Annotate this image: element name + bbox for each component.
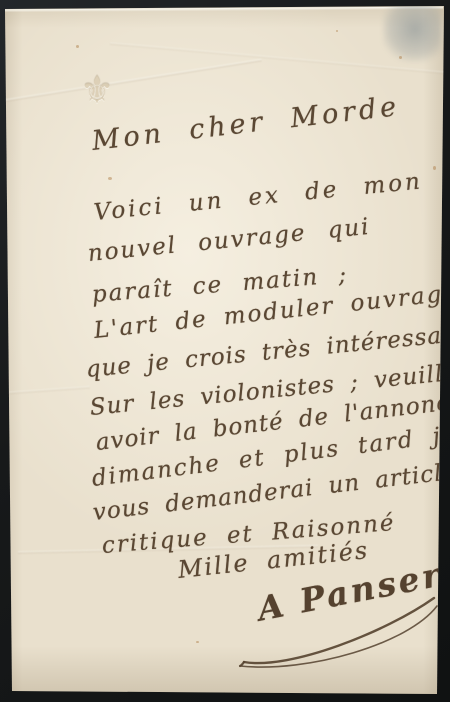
signature-flourish (238, 592, 444, 672)
letter-greeting: Mon cher Morde (90, 91, 401, 157)
paper-top-edge (5, 7, 443, 13)
ink-stain (383, 2, 441, 62)
foxing-spot (76, 45, 79, 48)
foxing-spot (196, 641, 199, 643)
foxing-spot (399, 56, 402, 59)
letter-line: Voici un ex de mon (93, 168, 424, 226)
embossed-monogram: ⚜ (80, 68, 114, 112)
foxing-spot (108, 177, 112, 180)
photo-background: ⚜ Mon cher Morde Voici un ex de mon nouv… (0, 0, 450, 702)
letter-paper: ⚜ Mon cher Morde Voici un ex de mon nouv… (0, 0, 450, 702)
foxing-spot (433, 166, 436, 170)
paper-crease (0, 386, 90, 395)
foxing-spot (336, 30, 338, 32)
paper-crease (0, 59, 262, 103)
